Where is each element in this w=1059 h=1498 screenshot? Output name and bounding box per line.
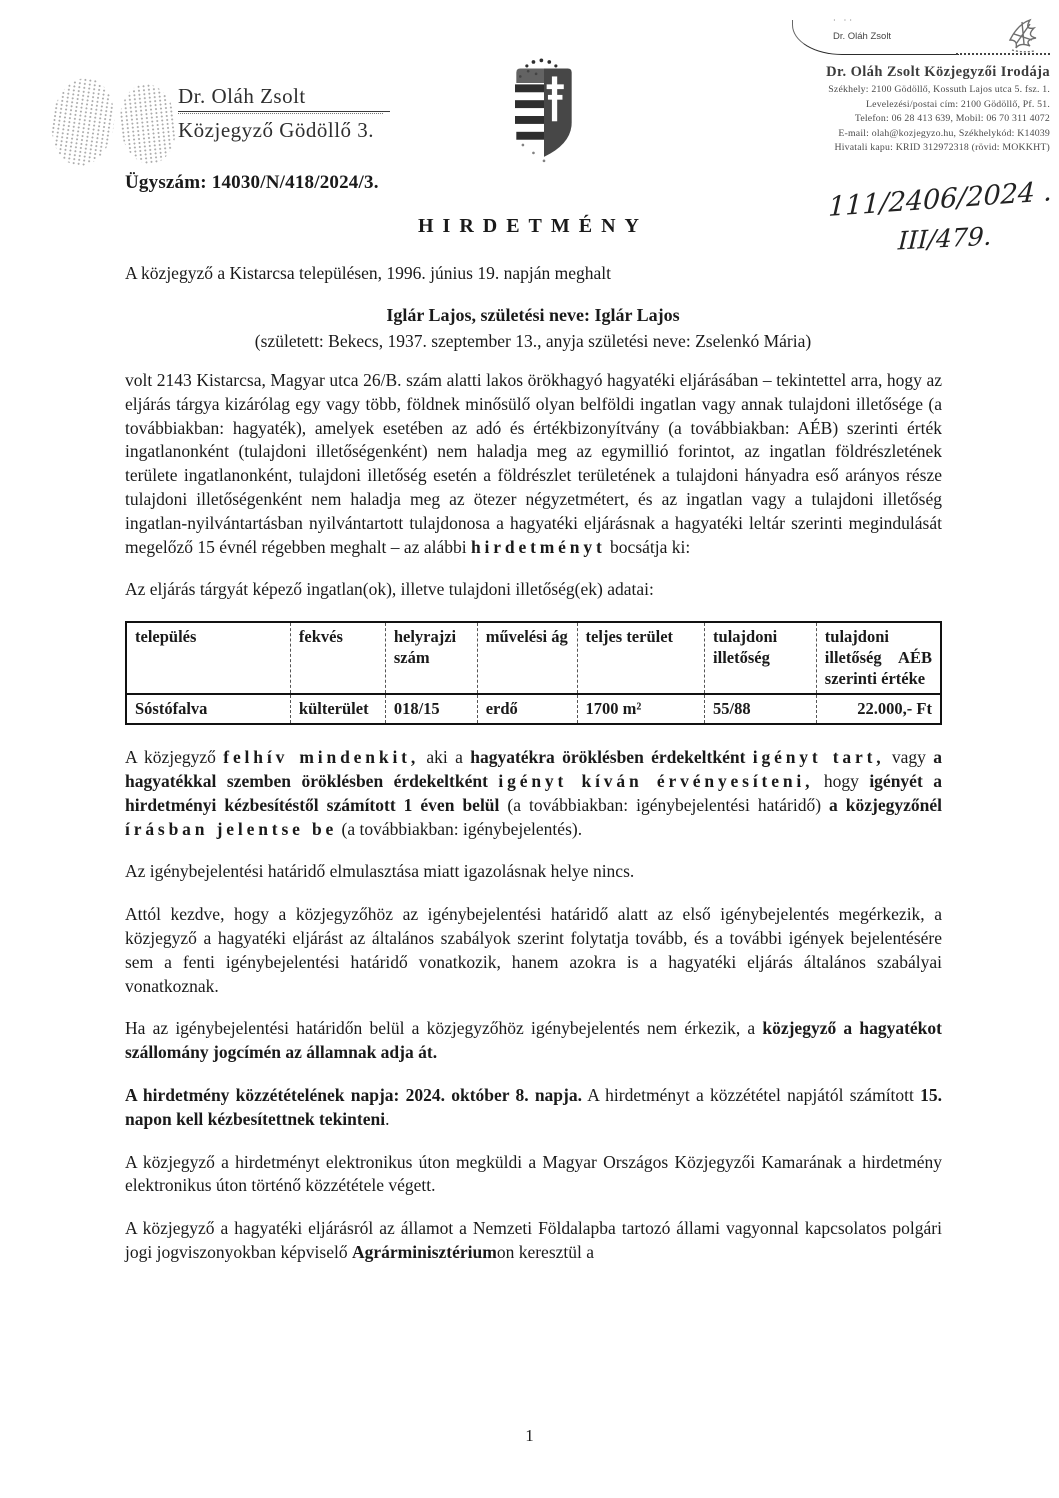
col-header-aeb-ertek: tulajdoni illetőség AÉB szerinti értéke bbox=[816, 622, 941, 694]
office-email: E-mail: olah@kozjegyzo.hu, Székhelykód: … bbox=[738, 127, 1050, 142]
call-paragraph: A közjegyző felhív mindenkit, aki a hagy… bbox=[125, 746, 942, 841]
col-header-teljes-terulet: teljes terület bbox=[577, 622, 704, 694]
call-s2: felhív mindenkit, bbox=[223, 747, 419, 767]
corner-tab: · ·· Dr. Oláh Zsolt bbox=[792, 20, 959, 55]
opening-paragraph: volt 2143 Kistarcsa, Magyar utca 26/B. s… bbox=[125, 369, 942, 559]
deceased-name: Iglár Lajos, születési neve: Iglár Lajos bbox=[125, 305, 941, 326]
cell-aeb-ertek: 22.000,- Ft bbox=[816, 694, 941, 724]
escheat-normal: Ha az igénybejelentési határidőn belül a… bbox=[125, 1018, 762, 1038]
case-number: Ügyszám: 14030/N/418/2024/3. bbox=[125, 172, 379, 194]
document-page: · ·· Dr. Oláh Zsolt Dr. Oláh Zsolt Közje… bbox=[0, 0, 1059, 1498]
call-s6: vagy bbox=[885, 747, 934, 767]
property-table: település fekvés helyrajzi szám művelési… bbox=[125, 621, 942, 725]
publication-period: . bbox=[385, 1109, 389, 1129]
cell-teljes-terulet: 1700 m² bbox=[577, 694, 704, 724]
office-address: Székhely: 2100 Gödöllő, Kossuth Lajos ut… bbox=[738, 83, 1050, 98]
deceased-details: (született: Bekecs, 1937. szeptember 13.… bbox=[125, 331, 941, 352]
publication-paragraph: A hirdetmény közzétételének napja: 2024.… bbox=[125, 1084, 942, 1132]
notary-title: Közjegyző Gödöllő 3. bbox=[178, 118, 390, 143]
tab-marks: · ·· bbox=[833, 16, 855, 25]
table-intro: Az eljárás tárgyát képező ingatlan(ok), … bbox=[125, 578, 942, 602]
call-s12: a közjegyzőnél bbox=[829, 795, 942, 815]
call-s3: aki a bbox=[419, 747, 470, 767]
col-header-fekves: fekvés bbox=[290, 622, 385, 694]
call-s9: hogy bbox=[813, 771, 869, 791]
document-title: HIRDETMÉNY bbox=[125, 215, 941, 238]
page-number: 1 bbox=[0, 1426, 1059, 1446]
call-s5: igényt tart, bbox=[753, 747, 885, 767]
underline-dotted bbox=[178, 113, 383, 114]
call-s11: (a továbbiakban: igénybejelentési határi… bbox=[499, 795, 829, 815]
publication-date-bold: A hirdetmény közzétételének napja: 2024.… bbox=[125, 1085, 582, 1105]
escheat-paragraph: Ha az igénybejelentési határidőn belül a… bbox=[125, 1017, 942, 1065]
opening-bold: hirdetményt bbox=[471, 537, 606, 557]
cell-tulajdoni-illetoseg: 55/88 bbox=[705, 694, 817, 724]
col-header-muvelesi-ag: művelési ág bbox=[477, 622, 577, 694]
notary-name-block: Dr. Oláh Zsolt Közjegyző Gödöllő 3. bbox=[178, 84, 390, 143]
call-s8: igényt kíván érvényesíteni, bbox=[498, 771, 813, 791]
opening-pre: volt 2143 Kistarcsa, Magyar utca 26/B. s… bbox=[125, 370, 942, 557]
continuation-paragraph: Attól kezdve, hogy a közjegyzőhöz az igé… bbox=[125, 903, 942, 998]
office-info-block: Dr. Oláh Zsolt Közjegyzői Irodája Székhe… bbox=[738, 64, 1050, 156]
corner-scribble-icon bbox=[1000, 10, 1044, 59]
call-s1: A közjegyző bbox=[125, 747, 223, 767]
coat-of-arms-icon bbox=[504, 58, 584, 179]
no-excuse-paragraph: Az igénybejelentési határidő elmulasztás… bbox=[125, 860, 942, 884]
mokk-paragraph: A közjegyző a hirdetményt elektronikus ú… bbox=[125, 1151, 942, 1199]
cell-fekves: külterület bbox=[290, 694, 385, 724]
table-header-row: település fekvés helyrajzi szám művelési… bbox=[126, 622, 941, 694]
col-header-tulajdoni-illetoseg: tulajdoni illetőség bbox=[705, 622, 817, 694]
office-name: Dr. Oláh Zsolt Közjegyzői Irodája bbox=[738, 64, 1050, 81]
office-krid: Hivatali kapu: KRID 312972318 (rövid: MO… bbox=[738, 141, 1050, 156]
faded-stamp-icon bbox=[116, 81, 180, 166]
cell-helyrajzi-szam: 018/15 bbox=[385, 694, 477, 724]
call-s4: hagyatékra öröklésben érdekeltként bbox=[470, 747, 753, 767]
col-header-helyrajzi-szam: helyrajzi szám bbox=[385, 622, 477, 694]
office-phone: Telefon: 06 28 413 639, Mobil: 06 70 311… bbox=[738, 112, 1050, 127]
agrar-paragraph: A közjegyző a hagyatéki eljárásról az ál… bbox=[125, 1217, 942, 1265]
faded-stamp-icon bbox=[46, 74, 120, 170]
agrar-suffix: on keresztül a bbox=[497, 1242, 594, 1262]
call-s13: írásban jelentse be bbox=[125, 819, 337, 839]
table-row: Sóstófalva külterület 018/15 erdő 1700 m… bbox=[126, 694, 941, 724]
call-s14: (a továbbiakban: igénybejelentés). bbox=[337, 819, 582, 839]
notary-name: Dr. Oláh Zsolt bbox=[178, 84, 390, 112]
agrar-ministry-bold: Agrárminisztérium bbox=[352, 1242, 497, 1262]
opening-post: bocsátja ki: bbox=[606, 537, 691, 557]
document-body: volt 2143 Kistarcsa, Magyar utca 26/B. s… bbox=[125, 369, 942, 1284]
tab-notary-name: Dr. Oláh Zsolt bbox=[833, 31, 891, 42]
col-header-telepules: település bbox=[126, 622, 290, 694]
publication-normal: A hirdetményt a közzététel napjától szám… bbox=[582, 1085, 920, 1105]
office-postal: Levelezési/postai cím: 2100 Gödöllő, Pf.… bbox=[738, 98, 1050, 113]
cell-muvelesi-ag: erdő bbox=[477, 694, 577, 724]
intro-line: A közjegyző a Kistarcsa településen, 199… bbox=[125, 263, 941, 284]
cell-telepules: Sóstófalva bbox=[126, 694, 290, 724]
